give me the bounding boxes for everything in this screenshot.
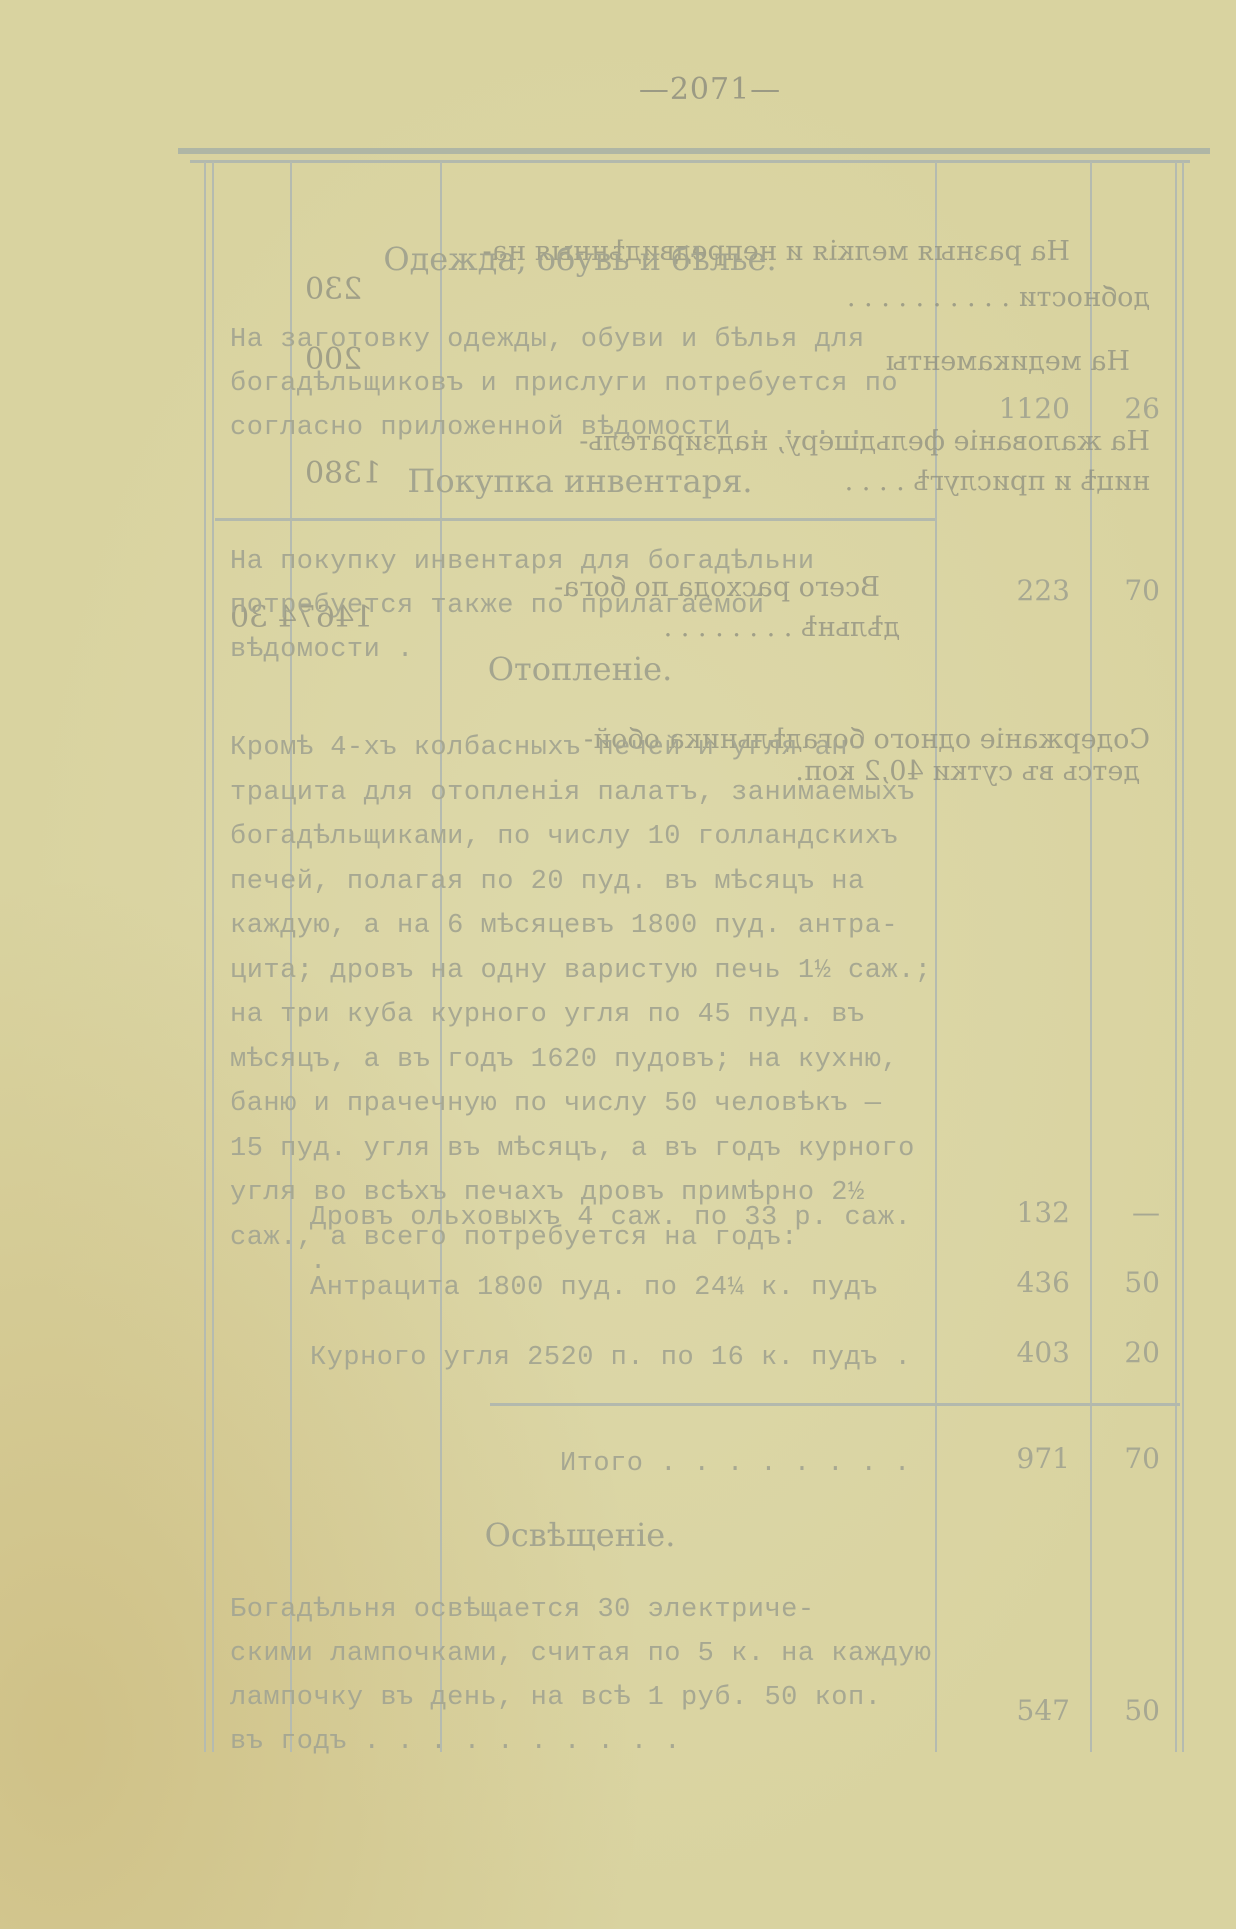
section-rule: [215, 518, 935, 521]
heating-item-label: Антрацита 1800 пуд. по 24¼ к. пудъ: [310, 1266, 930, 1310]
heating-total-label: Итого . . . . . . . .: [560, 1442, 940, 1486]
top-double-rule: [178, 148, 1210, 154]
clothing-amount-kop: 26: [1100, 392, 1160, 425]
inventory-amount-kop: 70: [1100, 574, 1160, 607]
left-border: [204, 162, 206, 1752]
heating-item-rub: 403: [960, 1336, 1070, 1369]
left-inner-border: [212, 162, 214, 1752]
lighting-amount-kop: 50: [1100, 1694, 1160, 1727]
heating-item-kop: 20: [1100, 1336, 1160, 1369]
heating-item-label: Курного угля 2520 п. по 16 к. пудъ .: [310, 1336, 930, 1380]
bleed-line: добности . . . . . . . . . .: [700, 276, 1150, 320]
top-second-rule: [190, 160, 1190, 163]
heating-total-rub: 971: [960, 1442, 1070, 1475]
kopeck-column-divider: [1090, 162, 1092, 1752]
right-outer-border: [1182, 162, 1184, 1752]
lighting-amount-rub: 547: [960, 1694, 1070, 1727]
section-heading-clothing: Одежда, обувь и бѣлье.: [300, 240, 860, 278]
lighting-text: Богадѣльня освѣщается 30 электриче- ским…: [230, 1588, 940, 1764]
clothing-amount-rub: 1120: [960, 392, 1070, 425]
section-heading-inventory: Покупка инвентаря.: [300, 462, 860, 500]
heating-item-kop: —: [1100, 1196, 1160, 1229]
heating-item-rub: 132: [960, 1196, 1070, 1229]
section-heading-heating: Отопленіе.: [300, 650, 860, 688]
heating-item-rub: 436: [960, 1266, 1070, 1299]
heating-total-kop: 70: [1100, 1442, 1160, 1475]
inventory-amount-rub: 223: [960, 574, 1070, 607]
subtotal-rule: [490, 1403, 1180, 1406]
clothing-text: На заготовку одежды, обуви и бѣлья для б…: [230, 318, 930, 450]
section-heading-lighting: Освѣщеніе.: [300, 1516, 860, 1554]
heating-text: Кромѣ 4-хъ колбасныхъ печей и угля ан- т…: [230, 726, 940, 1260]
right-border: [1175, 162, 1177, 1752]
page-number: —2071—: [620, 72, 800, 107]
heating-item-kop: 50: [1100, 1266, 1160, 1299]
